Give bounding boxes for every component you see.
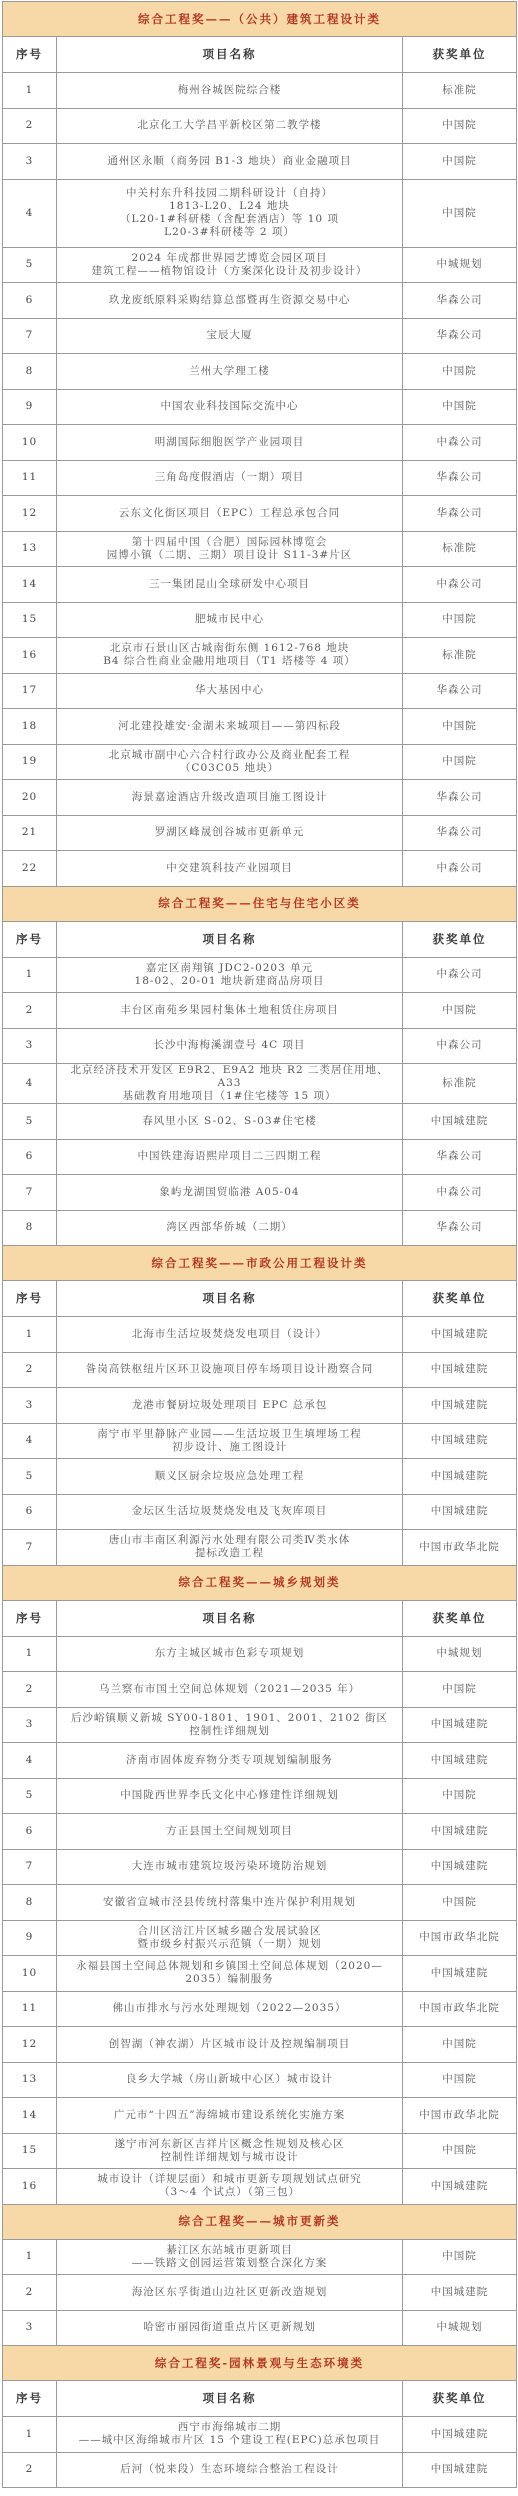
project-name-cell: 肥城市民中心 — [57, 602, 403, 638]
project-name-cell: 北京经济技术开发区 E9R2、E9A2 地块 R2 二类居住用地、A33基础教育… — [57, 1064, 403, 1104]
award-unit: 中国城建院 — [403, 1849, 517, 1885]
project-name-cell: 玖龙废纸原料采购结算总部暨再生资源交易中心 — [57, 283, 403, 319]
project-name-line: 金坛区生活垃圾焚烧发电及飞灰库项目 — [61, 1505, 398, 1518]
project-name-cell: 唐山市丰南区利源污水处理有限公司类Ⅳ类水体提标改造工程 — [57, 1530, 403, 1566]
project-name-line: 暨市级乡村振兴示范镇（一期）规划 — [61, 1938, 398, 1951]
column-header-project-name: 项目名称 — [57, 2381, 403, 2417]
award-unit: 中国城建院 — [403, 1388, 517, 1424]
project-name-cell: 金坛区生活垃圾焚烧发电及飞灰库项目 — [57, 1494, 403, 1530]
project-name-line: 佛山市排水与污水处理规划（2022—2035） — [61, 2002, 398, 2015]
row-number: 21 — [3, 815, 57, 851]
section-title: 综合工程奖——城市更新类 — [3, 2204, 517, 2239]
project-name-cell: 中国农业科技国际交流中心 — [57, 389, 403, 425]
award-unit: 华森公司 — [403, 1139, 517, 1175]
table-row: 1东方主城区城市色彩专项规划中城规划 — [3, 1636, 517, 1672]
row-number: 7 — [3, 1175, 57, 1211]
project-name-cell: 罗湖区峰晟创谷城市更新单元 — [57, 815, 403, 851]
row-number: 17 — [3, 673, 57, 709]
project-name-line: 2035）编制服务 — [61, 1973, 398, 1986]
project-name-line: 河北建投雄安·金湖未来城项目——第四标段 — [61, 720, 398, 733]
row-number: 2 — [3, 2275, 57, 2311]
project-name-line: 永福县国土空间总体规划和乡镇国土空间总体规划（2020— — [61, 1960, 398, 1973]
project-name-cell: 大连市城市建筑垃圾污染环境防治规划 — [57, 1849, 403, 1885]
project-name-line: 龙港市餐厨垃圾处理项目 EPC 总承包 — [61, 1399, 398, 1412]
row-number: 11 — [3, 1991, 57, 2027]
table-row: 1梅州谷城医院综合楼标准院 — [3, 73, 517, 109]
row-number: 11 — [3, 460, 57, 496]
project-name-line: 湾区西部华侨城（二期） — [61, 1221, 398, 1234]
table-row: 7唐山市丰南区利源污水处理有限公司类Ⅳ类水体提标改造工程中国市政华北院 — [3, 1530, 517, 1566]
column-header-project-name: 项目名称 — [57, 1281, 403, 1317]
project-name-line: 建筑工程——植物馆设计（方案深化设计及初步设计） — [61, 265, 398, 278]
table-row: 15肥城市民中心中国院 — [3, 602, 517, 638]
section-header-row: 综合工程奖——城市更新类 — [3, 2204, 517, 2239]
table-row: 20海景嘉途酒店升级改造项目施工图设计华森公司 — [3, 780, 517, 816]
table-row: 7象屿龙湖国贸临港 A05-04中森公司 — [3, 1175, 517, 1211]
project-name-line: 北京经济技术开发区 E9R2、E9A2 地块 R2 二类居住用地、A33 — [61, 1064, 398, 1090]
project-name-line: 兰州大学理工楼 — [61, 365, 398, 378]
project-name-line: 三角岛度假酒店（一期）项目 — [61, 471, 398, 484]
row-number: 10 — [3, 425, 57, 461]
table-row: 10永福县国土空间总体规划和乡镇国土空间总体规划（2020—2035）编制服务中… — [3, 1956, 517, 1992]
table-row: 3长沙中海梅溪湖壹号 4C 项目中森公司 — [3, 1028, 517, 1064]
column-header-row: 序号项目名称获奖单位 — [3, 921, 517, 957]
project-name-cell: 明湖国际细胞医学产业园项目 — [57, 425, 403, 461]
section-header-row: 综合工程奖——住宅与住宅小区类 — [3, 886, 517, 921]
project-name-cell: 丰台区南苑乡果园村集体土地租赁住房项目 — [57, 993, 403, 1029]
project-name-line: 肥城市民中心 — [61, 613, 398, 626]
project-name-line: 南宁市平里静脉产业园——生活垃圾卫生填埋场工程 — [61, 1428, 398, 1441]
project-name-cell: 通州区永顺（商务园 B1-3 地块）商业金融项目 — [57, 144, 403, 180]
award-unit: 华森公司 — [403, 283, 517, 319]
project-name-cell: 北海市生活垃圾焚烧发电项目（设计） — [57, 1317, 403, 1353]
award-unit: 中国城建院 — [403, 2452, 517, 2488]
project-name-cell: 海景嘉途酒店升级改造项目施工图设计 — [57, 780, 403, 816]
column-header-project-name: 项目名称 — [57, 37, 403, 73]
award-unit: 中国市政华北院 — [403, 2098, 517, 2134]
table-row: 9合川区涪江片区城乡融合发展试验区暨市级乡村振兴示范镇（一期）规划中国市政华北院 — [3, 1920, 517, 1956]
award-unit: 中国院 — [403, 2133, 517, 2169]
project-name-cell: 遂宁市河东新区吉祥片区概念性规划及核心区控制性详细规划与城市设计 — [57, 2133, 403, 2169]
row-number: 20 — [3, 780, 57, 816]
award-unit: 标准院 — [403, 1064, 517, 1104]
project-name-cell: 西宁市海绵城市二期——城中区海绵城市片区 15 个建设工程(EPC)总承包项目 — [57, 2417, 403, 2453]
table-row: 6玖龙废纸原料采购结算总部暨再生资源交易中心华森公司 — [3, 283, 517, 319]
award-unit: 中国院 — [403, 2239, 517, 2275]
table-row: 19北京城市副中心六合村行政办公及商业配套工程（C03C05 地块）中国院 — [3, 744, 517, 780]
row-number: 1 — [3, 957, 57, 993]
row-number: 3 — [3, 144, 57, 180]
project-name-cell: 昝岗高铁枢纽片区环卫设施项目停车场项目设计勘察合同 — [57, 1352, 403, 1388]
row-number: 5 — [3, 1104, 57, 1140]
table-row: 3通州区永顺（商务园 B1-3 地块）商业金融项目中国院 — [3, 144, 517, 180]
row-number: 6 — [3, 283, 57, 319]
table-row: 1北海市生活垃圾焚烧发电项目（设计）中国城建院 — [3, 1317, 517, 1353]
row-number: 9 — [3, 1920, 57, 1956]
project-name-cell: 北京化工大学昌平新校区第二教学楼 — [57, 108, 403, 144]
project-name-cell: 永福县国土空间总体规划和乡镇国土空间总体规划（2020—2035）编制服务 — [57, 1956, 403, 1992]
row-number: 5 — [3, 1459, 57, 1495]
section-title: 综合工程奖——市政公用工程设计类 — [3, 1246, 517, 1281]
project-name-line: 丰台区南苑乡果园村集体土地租赁住房项目 — [61, 1004, 398, 1017]
awards-table: 综合工程奖——（公共）建筑工程设计类序号项目名称获奖单位1梅州谷城医院综合楼标准… — [2, 1, 517, 2488]
project-name-line: 明湖国际细胞医学产业园项目 — [61, 436, 398, 449]
project-name-cell: 湾区西部华侨城（二期） — [57, 1210, 403, 1246]
award-unit: 中国市政华北院 — [403, 1920, 517, 1956]
project-name-cell: 广元市“十四五”海绵城市建设系统化实施方案 — [57, 2098, 403, 2134]
project-name-line: 宝辰大厦 — [61, 329, 398, 342]
project-name-cell: 河北建投雄安·金湖未来城项目——第四标段 — [57, 709, 403, 745]
table-row: 5顺义区厨余垃圾应急处理工程中国城建院 — [3, 1459, 517, 1495]
row-number: 9 — [3, 389, 57, 425]
row-number: 2 — [3, 108, 57, 144]
project-name-line: 中关村东升科技园二期科研设计（自持） — [61, 187, 398, 200]
row-number: 4 — [3, 1064, 57, 1104]
award-unit: 华森公司 — [403, 460, 517, 496]
table-row: 3后沙峪镇顺义新城 SY00-1801、1901、2001、2102 街区控制性… — [3, 1707, 517, 1743]
project-name-line: 华大基因中心 — [61, 684, 398, 697]
table-row: 7大连市城市建筑垃圾污染环境防治规划中国城建院 — [3, 1849, 517, 1885]
project-name-line: 梅州谷城医院综合楼 — [61, 84, 398, 97]
award-unit: 中城规划 — [403, 2310, 517, 2346]
award-unit: 中国城建院 — [403, 1814, 517, 1850]
award-unit: 中森公司 — [403, 1028, 517, 1064]
project-name-cell: 春风里小区 S-02、S-03#住宅楼 — [57, 1104, 403, 1140]
project-name-line: 1813-L20、L24 地块 — [61, 200, 398, 213]
table-row: 4济南市固体废弃物分类专项规划编制服务中国城建院 — [3, 1743, 517, 1779]
project-name-line: 海沧区东孚街道山边社区更新改造规划 — [61, 2286, 398, 2299]
row-number: 8 — [3, 1885, 57, 1921]
project-name-cell: 中国铁建海语熙岸项目二三四期工程 — [57, 1139, 403, 1175]
project-name-line: 中国铁建海语熙岸项目二三四期工程 — [61, 1150, 398, 1163]
project-name-cell: 海沧区东孚街道山边社区更新改造规划 — [57, 2275, 403, 2311]
project-name-line: 创智湖（神农湖）片区城市设计及控规编制项目 — [61, 2038, 398, 2051]
project-name-line: 良乡大学城（房山新城中心区）城市设计 — [61, 2073, 398, 2086]
table-row: 12创智湖（神农湖）片区城市设计及控规编制项目中国院 — [3, 2027, 517, 2063]
section-title: 综合工程奖——住宅与住宅小区类 — [3, 886, 517, 921]
project-name-line: 大连市城市建筑垃圾污染环境防治规划 — [61, 1860, 398, 1873]
project-name-line: 初步设计、施工图设计 — [61, 1441, 398, 1454]
project-name-cell: 龙港市餐厨垃圾处理项目 EPC 总承包 — [57, 1388, 403, 1424]
project-name-cell: 安徽省宣城市泾县传统村落集中连片保护利用规划 — [57, 1885, 403, 1921]
project-name-line: 中交建筑科技产业园项目 — [61, 862, 398, 875]
row-number: 8 — [3, 354, 57, 390]
project-name-line: 基础教育用地项目（1#住宅楼等 15 项） — [61, 1090, 398, 1103]
award-unit: 中国院 — [403, 993, 517, 1029]
project-name-line: ——铁路文创园运营策划整合深化方案 — [61, 2257, 398, 2270]
award-unit: 中国院 — [403, 1778, 517, 1814]
project-name-line: L20-3#科研楼等 2 项） — [61, 226, 398, 239]
column-header-number: 序号 — [3, 1281, 57, 1317]
award-unit: 中国城建院 — [403, 2417, 517, 2453]
column-header-row: 序号项目名称获奖单位 — [3, 2381, 517, 2417]
project-name-cell: 顺义区厨余垃圾应急处理工程 — [57, 1459, 403, 1495]
table-row: 18河北建投雄安·金湖未来城项目——第四标段中国院 — [3, 709, 517, 745]
award-unit: 中国城建院 — [403, 1352, 517, 1388]
table-row: 10明湖国际细胞医学产业园项目中森公司 — [3, 425, 517, 461]
award-unit: 中国城建院 — [403, 1423, 517, 1459]
row-number: 6 — [3, 1139, 57, 1175]
project-name-line: （L20-1#科研楼（含配套酒店）等 10 项 — [61, 213, 398, 226]
project-name-cell: 城市设计（详规层面）和城市更新专项规划试点研究（3～4 个试点）（第三包） — [57, 2169, 403, 2205]
column-header-number: 序号 — [3, 2381, 57, 2417]
row-number: 22 — [3, 851, 57, 887]
row-number: 12 — [3, 2027, 57, 2063]
project-name-cell: 宝辰大厦 — [57, 318, 403, 354]
row-number: 16 — [3, 2169, 57, 2205]
row-number: 18 — [3, 709, 57, 745]
award-unit: 中国院 — [403, 354, 517, 390]
award-unit: 华森公司 — [403, 1210, 517, 1246]
project-name-line: 后河（悦来段）生态环境综合整治工程设计 — [61, 2463, 398, 2476]
project-name-cell: 三一集团昆山全球研发中心项目 — [57, 567, 403, 603]
table-row: 21罗湖区峰晟创谷城市更新单元华森公司 — [3, 815, 517, 851]
project-name-line: 綦江区东站城市更新项目 — [61, 2244, 398, 2257]
award-unit: 华森公司 — [403, 318, 517, 354]
table-row: 4中关村东升科技园二期科研设计（自持）1813-L20、L24 地块（L20-1… — [3, 179, 517, 247]
award-unit: 中国院 — [403, 2027, 517, 2063]
column-header-award-unit: 获奖单位 — [403, 1600, 517, 1636]
table-row: 5中国陇西世界李氏文化中心修建性详细规划中国院 — [3, 1778, 517, 1814]
table-row: 6金坛区生活垃圾焚烧发电及飞灰库项目中国城建院 — [3, 1494, 517, 1530]
project-name-cell: 中关村东升科技园二期科研设计（自持）1813-L20、L24 地块（L20-1#… — [57, 179, 403, 247]
row-number: 13 — [3, 2062, 57, 2098]
award-unit: 中国城建院 — [403, 1317, 517, 1353]
project-name-line: 东方主城区城市色彩专项规划 — [61, 1647, 398, 1660]
table-row: 16城市设计（详规层面）和城市更新专项规划试点研究（3～4 个试点）（第三包）中… — [3, 2169, 517, 2205]
project-name-line: 提标改造工程 — [61, 1547, 398, 1560]
table-row: 3龙港市餐厨垃圾处理项目 EPC 总承包中国城建院 — [3, 1388, 517, 1424]
project-name-line: 三一集团昆山全球研发中心项目 — [61, 578, 398, 591]
project-name-line: 控制性详细规划与城市设计 — [61, 2151, 398, 2164]
project-name-cell: 嘉定区南翔镇 JDC2-0203 单元18-02、20-01 地块新建商品房项目 — [57, 957, 403, 993]
column-header-award-unit: 获奖单位 — [403, 37, 517, 73]
project-name-line: ——城中区海绵城市片区 15 个建设工程(EPC)总承包项目 — [61, 2434, 398, 2447]
column-header-number: 序号 — [3, 921, 57, 957]
row-number: 2 — [3, 1352, 57, 1388]
project-name-line: 昝岗高铁枢纽片区环卫设施项目停车场项目设计勘察合同 — [61, 1363, 398, 1376]
project-name-cell: 象屿龙湖国贸临港 A05-04 — [57, 1175, 403, 1211]
project-name-line: 广元市“十四五”海绵城市建设系统化实施方案 — [61, 2109, 398, 2122]
row-number: 13 — [3, 531, 57, 567]
table-row: 8湾区西部华侨城（二期）华森公司 — [3, 1210, 517, 1246]
award-unit: 中城规划 — [403, 1636, 517, 1672]
project-name-cell: 东方主城区城市色彩专项规划 — [57, 1636, 403, 1672]
table-row: 2昝岗高铁枢纽片区环卫设施项目停车场项目设计勘察合同中国城建院 — [3, 1352, 517, 1388]
project-name-line: 合川区涪江片区城乡融合发展试验区 — [61, 1925, 398, 1938]
project-name-line: 乌兰察布市国土空间总体规划（2021—2035 年） — [61, 1683, 398, 1696]
award-unit: 中国城建院 — [403, 1494, 517, 1530]
award-unit: 标准院 — [403, 638, 517, 674]
section-title: 综合工程奖-园林景观与生态环境类 — [3, 2346, 517, 2381]
project-name-line: 云东文化街区项目（EPC）工程总承包合同 — [61, 507, 398, 520]
table-row: 1綦江区东站城市更新项目——铁路文创园运营策划整合深化方案中国院 — [3, 2239, 517, 2275]
project-name-line: 安徽省宣城市泾县传统村落集中连片保护利用规划 — [61, 1896, 398, 1909]
project-name-cell: 綦江区东站城市更新项目——铁路文创园运营策划整合深化方案 — [57, 2239, 403, 2275]
row-number: 5 — [3, 1778, 57, 1814]
award-unit: 华森公司 — [403, 815, 517, 851]
row-number: 7 — [3, 1849, 57, 1885]
row-number: 4 — [3, 179, 57, 247]
project-name-line: 遂宁市河东新区吉祥片区概念性规划及核心区 — [61, 2138, 398, 2151]
project-name-line: 城市设计（详规层面）和城市更新专项规划试点研究 — [61, 2173, 398, 2186]
column-header-row: 序号项目名称获奖单位 — [3, 37, 517, 73]
project-name-cell: 创智湖（神农湖）片区城市设计及控规编制项目 — [57, 2027, 403, 2063]
table-row: 2海沧区东孚街道山边社区更新改造规划中国城建院 — [3, 2275, 517, 2311]
project-name-line: （C03C05 地块） — [61, 762, 398, 775]
award-unit: 中城规划 — [403, 247, 517, 283]
project-name-line: 长沙中海梅溪湖壹号 4C 项目 — [61, 1039, 398, 1052]
award-unit: 标准院 — [403, 73, 517, 109]
project-name-cell: 华大基因中心 — [57, 673, 403, 709]
row-number: 3 — [3, 2310, 57, 2346]
table-row: 12云东文化街区项目（EPC）工程总承包合同华森公司 — [3, 496, 517, 532]
row-number: 1 — [3, 1317, 57, 1353]
award-unit: 中国院 — [403, 389, 517, 425]
project-name-cell: 乌兰察布市国土空间总体规划（2021—2035 年） — [57, 1672, 403, 1708]
project-name-line: 玖龙废纸原料采购结算总部暨再生资源交易中心 — [61, 294, 398, 307]
project-name-cell: 后沙峪镇顺义新城 SY00-1801、1901、2001、2102 街区控制性详… — [57, 1707, 403, 1743]
section-header-row: 综合工程奖——城乡规划类 — [3, 1565, 517, 1600]
award-unit: 中国院 — [403, 709, 517, 745]
award-unit: 华森公司 — [403, 780, 517, 816]
row-number: 1 — [3, 2417, 57, 2453]
row-number: 2 — [3, 2452, 57, 2488]
table-row: 8安徽省宣城市泾县传统村落集中连片保护利用规划中国院 — [3, 1885, 517, 1921]
project-name-cell: 合川区涪江片区城乡融合发展试验区暨市级乡村振兴示范镇（一期）规划 — [57, 1920, 403, 1956]
project-name-line: 北京化工大学昌平新校区第二教学楼 — [61, 119, 398, 132]
award-unit: 中国院 — [403, 602, 517, 638]
project-name-line: 西宁市海绵城市二期 — [61, 2421, 398, 2434]
awards-table-body: 综合工程奖——（公共）建筑工程设计类序号项目名称获奖单位1梅州谷城医院综合楼标准… — [3, 2, 517, 2488]
section-title: 综合工程奖——城乡规划类 — [3, 1565, 517, 1600]
row-number: 15 — [3, 2133, 57, 2169]
table-row: 7宝辰大厦华森公司 — [3, 318, 517, 354]
project-name-line: 第十四届中国（合肥）国际园林博览会 — [61, 536, 398, 549]
award-unit: 中国院 — [403, 744, 517, 780]
project-name-cell: 三角岛度假酒店（一期）项目 — [57, 460, 403, 496]
row-number: 2 — [3, 1672, 57, 1708]
table-row: 8兰州大学理工楼中国院 — [3, 354, 517, 390]
row-number: 14 — [3, 2098, 57, 2134]
project-name-line: 罗湖区峰晟创谷城市更新单元 — [61, 826, 398, 839]
project-name-cell: 长沙中海梅溪湖壹号 4C 项目 — [57, 1028, 403, 1064]
column-header-project-name: 项目名称 — [57, 921, 403, 957]
column-header-award-unit: 获奖单位 — [403, 921, 517, 957]
award-unit: 标准院 — [403, 531, 517, 567]
table-row: 1西宁市海绵城市二期——城中区海绵城市片区 15 个建设工程(EPC)总承包项目… — [3, 2417, 517, 2453]
project-name-cell: 佛山市排水与污水处理规划（2022—2035） — [57, 1991, 403, 2027]
column-header-project-name: 项目名称 — [57, 1600, 403, 1636]
column-header-award-unit: 获奖单位 — [403, 1281, 517, 1317]
project-name-line: 济南市固体废弃物分类专项规划编制服务 — [61, 1754, 398, 1767]
award-unit: 中森公司 — [403, 425, 517, 461]
project-name-line: 嘉定区南翔镇 JDC2-0203 单元 — [61, 962, 398, 975]
award-unit: 中森公司 — [403, 567, 517, 603]
row-number: 19 — [3, 744, 57, 780]
award-unit: 中国市政华北院 — [403, 1530, 517, 1566]
project-name-cell: 中国陇西世界李氏文化中心修建性详细规划 — [57, 1778, 403, 1814]
table-row: 6中国铁建海语熙岸项目二三四期工程华森公司 — [3, 1139, 517, 1175]
section-header-row: 综合工程奖-园林景观与生态环境类 — [3, 2346, 517, 2381]
project-name-cell: 兰州大学理工楼 — [57, 354, 403, 390]
column-header-award-unit: 获奖单位 — [403, 2381, 517, 2417]
project-name-line: 方正县国土空间规划项目 — [61, 1825, 398, 1838]
row-number: 5 — [3, 247, 57, 283]
award-unit: 中国院 — [403, 108, 517, 144]
row-number: 3 — [3, 1707, 57, 1743]
project-name-cell: 南宁市平里静脉产业园——生活垃圾卫生填埋场工程初步设计、施工图设计 — [57, 1423, 403, 1459]
table-row: 13第十四届中国（合肥）国际园林博览会园博小镇（二期、三期）项目设计 S11-3… — [3, 531, 517, 567]
row-number: 6 — [3, 1494, 57, 1530]
award-unit: 华森公司 — [403, 673, 517, 709]
award-unit: 中森公司 — [403, 1175, 517, 1211]
table-row: 6方正县国土空间规划项目中国城建院 — [3, 1814, 517, 1850]
row-number: 4 — [3, 1423, 57, 1459]
row-number: 1 — [3, 1636, 57, 1672]
project-name-cell: 哈密市丽园街道重点片区更新规划 — [57, 2310, 403, 2346]
table-row: 16北京市石景山区古城南街东侧 1612-768 地块B4 综合性商业金融用地项… — [3, 638, 517, 674]
project-name-line: 中国陇西世界李氏文化中心修建性详细规划 — [61, 1789, 398, 1802]
project-name-line: 2024 年成都世界园艺博览会园区项目 — [61, 252, 398, 265]
row-number: 15 — [3, 602, 57, 638]
row-number: 1 — [3, 2239, 57, 2275]
row-number: 4 — [3, 1743, 57, 1779]
row-number: 16 — [3, 638, 57, 674]
project-name-cell: 第十四届中国（合肥）国际园林博览会园博小镇（二期、三期）项目设计 S11-3#片… — [57, 531, 403, 567]
table-row: 17华大基因中心华森公司 — [3, 673, 517, 709]
project-name-line: 北京城市副中心六合村行政办公及商业配套工程 — [61, 749, 398, 762]
project-name-line: 通州区永顺（商务园 B1-3 地块）商业金融项目 — [61, 155, 398, 168]
award-unit: 中国城建院 — [403, 2169, 517, 2205]
table-row: 5春风里小区 S-02、S-03#住宅楼中国城建院 — [3, 1104, 517, 1140]
project-name-line: 哈密市丽园街道重点片区更新规划 — [61, 2321, 398, 2334]
table-row: 1嘉定区南翔镇 JDC2-0203 单元18-02、20-01 地块新建商品房项… — [3, 957, 517, 993]
project-name-line: B4 综合性商业金融用地项目（T1 塔楼等 4 项） — [61, 655, 398, 668]
table-row: 9中国农业科技国际交流中心中国院 — [3, 389, 517, 425]
table-row: 11三角岛度假酒店（一期）项目华森公司 — [3, 460, 517, 496]
section-header-row: 综合工程奖——（公共）建筑工程设计类 — [3, 2, 517, 37]
table-row: 13良乡大学城（房山新城中心区）城市设计中国院 — [3, 2062, 517, 2098]
table-row: 4北京经济技术开发区 E9R2、E9A2 地块 R2 二类居住用地、A33基础教… — [3, 1064, 517, 1104]
column-header-row: 序号项目名称获奖单位 — [3, 1600, 517, 1636]
project-name-cell: 方正县国土空间规划项目 — [57, 1814, 403, 1850]
table-row: 2后河（悦来段）生态环境综合整治工程设计中国城建院 — [3, 2452, 517, 2488]
row-number: 7 — [3, 318, 57, 354]
award-unit: 华森公司 — [403, 496, 517, 532]
project-name-line: 后沙峪镇顺义新城 SY00-1801、1901、2001、2102 街区 — [61, 1712, 398, 1725]
award-unit: 中国城建院 — [403, 1743, 517, 1779]
column-header-number: 序号 — [3, 1600, 57, 1636]
project-name-cell: 中交建筑科技产业园项目 — [57, 851, 403, 887]
table-row: 3哈密市丽园街道重点片区更新规划中城规划 — [3, 2310, 517, 2346]
award-unit: 中国院 — [403, 179, 517, 247]
award-unit: 中国城建院 — [403, 1459, 517, 1495]
award-unit: 中国城建院 — [403, 1707, 517, 1743]
section-header-row: 综合工程奖——市政公用工程设计类 — [3, 1246, 517, 1281]
award-unit: 中国城建院 — [403, 1104, 517, 1140]
project-name-cell: 后河（悦来段）生态环境综合整治工程设计 — [57, 2452, 403, 2488]
award-unit: 中国院 — [403, 144, 517, 180]
row-number: 1 — [3, 73, 57, 109]
award-unit: 中森公司 — [403, 851, 517, 887]
row-number: 14 — [3, 567, 57, 603]
project-name-line: 中国农业科技国际交流中心 — [61, 400, 398, 413]
project-name-line: （3～4 个试点）（第三包） — [61, 2186, 398, 2199]
row-number: 3 — [3, 1028, 57, 1064]
project-name-cell: 2024 年成都世界园艺博览会园区项目建筑工程——植物馆设计（方案深化设计及初步… — [57, 247, 403, 283]
project-name-line: 北海市生活垃圾焚烧发电项目（设计） — [61, 1328, 398, 1341]
